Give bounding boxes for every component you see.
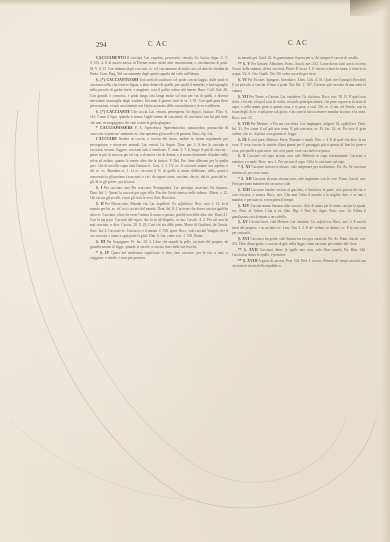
dictionary-entry: in mondo pel. Guid. 22. Si guarentasse i… (232, 56, 366, 61)
entry-headword: * §. XII (238, 177, 252, 181)
entry-text: Per Discacciare, Mandar via. Lat. expell… (90, 202, 228, 238)
entry-text: Cacciare intorno a alcuno, vale adoperar… (232, 165, 366, 174)
entry-text: Cacciare l'anche cacciar al giacchio, e … (232, 188, 366, 203)
dictionary-entry: §. I Per cacciare, uno Per scacciare, Pe… (90, 186, 228, 202)
running-head-left: C AC (148, 40, 168, 48)
dictionary-entry: §. X Cacciare sul capo alcuna cosa vale … (232, 154, 366, 165)
dictionary-entry: CACCIAMENTO Il cacciare. Lat. expulsio, … (90, 56, 228, 77)
dictionary-entry: §. XV Cacciar fuori, vale Mettere. Lat. … (232, 220, 366, 236)
dictionary-entry: §. XIV Cacciar mano. Innanzi alla cosa e… (232, 204, 366, 220)
entry-text: E così pure, Mettere, Porre, Piantare e … (232, 138, 366, 153)
entry-headword: §. (*) CACCIANTUOMI (96, 78, 138, 82)
entry-headword: §. VII (238, 95, 248, 99)
dictionary-entry: * §. XI Cacciare intorno a alcuno, vale … (232, 165, 366, 176)
entry-headword: CACCIARE (96, 137, 117, 141)
entry-text: Cacciare di sotto alcuna cosa, vale inga… (232, 177, 366, 186)
entry-text: Quasi nel medesimo significato si dice, … (90, 251, 228, 260)
entry-headword: §. XVI (238, 237, 249, 241)
entry-text: Per Ficcare, Spingere, Introdurre. Alam.… (232, 78, 366, 93)
dictionary-entry: ** §. XVIII A guisa di cacciar. Pros. 10… (232, 259, 366, 270)
dictionary-entry: §. IX E così pure, Mettere, Porre, Piant… (232, 138, 366, 154)
entry-headword: §. X (238, 154, 246, 158)
page-number: 294 (96, 41, 107, 49)
entry-headword: §. II (96, 202, 104, 206)
entry-headword: * §. XI (238, 165, 250, 169)
dictionary-entry: §. XVI Cacciarsi fra gente, vale Andare … (232, 237, 366, 248)
entry-text: Cacciarsi fra gente, vale Andare fra ess… (232, 237, 366, 246)
right-column: in mondo pel. Guid. 22. Si guarentasse i… (232, 56, 366, 270)
dictionary-entry: §. (*) CACCIANTE Che caccia. Lat. venans… (90, 110, 228, 126)
page-header: 294 C AC C AC (88, 41, 368, 53)
entry-headword: * CACCIAPASSERE (96, 126, 133, 130)
entry-text: Per Mettere, o Ficcare con forza. Lat. i… (232, 122, 366, 137)
entry-headword: §. (*) CACCIANTE (96, 110, 130, 114)
entry-text: Cacciar fuori, vale Mettere. Lat. emitte… (232, 220, 366, 235)
entry-headword: §. XV (238, 220, 248, 224)
entry-text: Andare in caccia, e cacciar del fuoco, a… (90, 137, 228, 183)
entry-headword: §. XIII (238, 188, 250, 192)
dictionary-entry: ** §. V Per Gettare, Abbattere. Franc. S… (232, 62, 366, 78)
dictionary-entry: §. II Per Discacciare, Mandar via. Lat. … (90, 202, 228, 239)
entry-headword: §. IX (238, 138, 247, 142)
dictionary-entry: CACCIARE Andare in caccia, e cacciar del… (90, 137, 228, 185)
entry-headword: * §. IV (96, 251, 110, 255)
entry-headword: ** §. V (238, 62, 250, 66)
entry-headword: CACCIAMENTO (96, 56, 126, 60)
entry-headword: ** §. XVIII (238, 259, 258, 263)
dictionary-entry: * CACCIAPASSERE F. A. Agricoltura. Spave… (90, 126, 228, 137)
entry-text: Per cacciare, uno Per scacciare, Persegu… (90, 186, 228, 201)
left-column: CACCIAMENTO Il cacciare. Lat. expulsio, … (90, 56, 228, 262)
entry-text: Cacciar mano. Innanzi alla cosa ecc. dic… (232, 204, 366, 219)
dictionary-entry: ** §. XVII Cacciarsi dietro le spalle un… (232, 248, 366, 259)
dictionary-entry: §. VIII Per Mettere, o Ficcare con forza… (232, 122, 366, 138)
entry-headword: ** §. XVII (238, 248, 258, 252)
entry-text: in mondo pel. Guid. 22. Si guarentasse i… (238, 56, 359, 60)
entry-headword: §. I (96, 186, 102, 190)
dictionary-entry: §. VI Per Ficcare, Spingere, Introdurre.… (232, 78, 366, 94)
entry-text: Per Sospignere. Fr. Jac. 18. 3. Libro ch… (90, 240, 228, 249)
dictionary-entry: §. (*) CACCIANTUOMI Una sorta di scudisc… (90, 78, 228, 110)
dictionary-entry: §. III Per Sospignere. Fr. Jac. 18. 3. L… (90, 240, 228, 251)
dictionary-entry: §. VII Per Trarre, e Cavare. Lat. extrah… (232, 95, 366, 121)
running-head-right: C AC (288, 39, 308, 47)
entry-headword: §. VI (238, 78, 247, 82)
entry-headword: §. XIV (238, 204, 249, 208)
entry-text: Una sorta di scudiscio col quale con un … (90, 78, 228, 108)
dictionary-entry: * §. IV Quasi nel medesimo significato s… (90, 251, 228, 262)
entry-text: Per Trarre, e Cavare. Lat. extrahere. Gr… (232, 95, 366, 120)
dictionary-entry: * §. XII Cacciare di sotto alcuna cosa, … (232, 177, 366, 188)
entry-text: Per Gettare, Abbattere. Franc. Sacch. no… (232, 62, 366, 77)
entry-text: Cacciare sul capo alcuna cosa vale Mette… (232, 154, 366, 163)
dictionary-entry: §. XIII Cacciare l'anche cacciar al giac… (232, 188, 366, 204)
entry-headword: §. III (96, 240, 105, 244)
entry-headword: §. VIII (238, 122, 250, 126)
